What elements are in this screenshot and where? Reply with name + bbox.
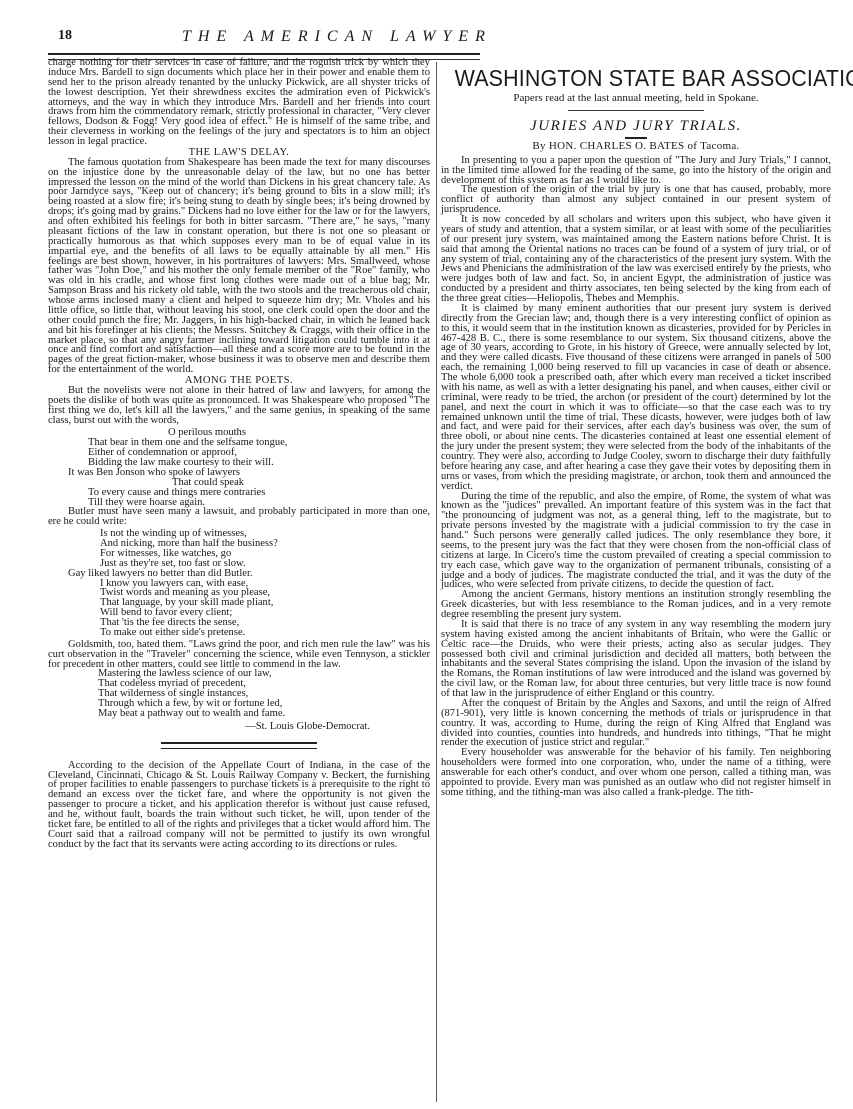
jonson-verse: That could speak To every cause and thin… <box>48 478 430 508</box>
verse-line: To make out either side's pretense. <box>48 628 430 638</box>
article-paragraph: After the conquest of Britain by the Ang… <box>441 699 831 748</box>
running-title: THE AMERICAN LAWYER <box>182 28 492 46</box>
page-header: 18 THE AMERICAN LAWYER <box>48 28 480 48</box>
masthead-subtitle: Papers read at the last annual meeting, … <box>441 94 831 104</box>
article-paragraph: It is claimed by many eminent authoritie… <box>441 304 831 492</box>
butler-verse: Is not the winding up of witnesses, And … <box>48 529 430 569</box>
laws-delay-paragraph: The famous quotation from Shakespeare ha… <box>48 158 430 375</box>
intro-paragraph: charge nothing for their services in cas… <box>48 58 430 147</box>
gay-verse: I know you lawyers can, with ease, Twist… <box>48 579 430 638</box>
article-title: JURIES AND JURY TRIALS. <box>441 117 831 135</box>
article-paragraph: In presenting to you a paper upon the qu… <box>441 156 831 186</box>
left-column: charge nothing for their services in cas… <box>48 58 430 850</box>
shakespeare-verse: O perilous mouths That bear in them one … <box>48 428 430 468</box>
poets-paragraph: But the novelists were not alone in thei… <box>48 386 430 426</box>
article-paragraph: It is now conceded by all scholars and w… <box>441 215 831 304</box>
byline: By HON. CHARLES O. BATES of Tacoma. <box>441 142 831 152</box>
butler-paragraph: Butler must have seen many a lawsuit, an… <box>48 507 430 527</box>
page-number: 18 <box>58 28 72 44</box>
article-paragraph: During the time of the republic, and als… <box>441 492 831 591</box>
tennyson-verse: Mastering the lawless science of our law… <box>48 669 430 718</box>
title-rule <box>625 137 647 139</box>
goldsmith-paragraph: Goldsmith, too, hated them. "Laws grind … <box>48 640 430 670</box>
article-paragraph: The question of the origin of the trial … <box>441 185 831 215</box>
right-column: WASHINGTON STATE BAR ASSOCIATION. Papers… <box>441 64 831 798</box>
column-divider <box>436 62 437 1102</box>
section-divider-rule <box>161 742 317 749</box>
article-paragraph: Among the ancient Germans, history menti… <box>441 590 831 620</box>
verse-line: May beat a pathway out to wealth and fam… <box>48 709 430 719</box>
article-paragraph: It is said that there is no trace of any… <box>441 620 831 699</box>
attribution: —St. Louis Globe-Democrat. <box>48 722 430 732</box>
masthead-rule <box>568 110 704 111</box>
article-paragraph: Every householder was answerable for the… <box>441 748 831 797</box>
masthead-title: WASHINGTON STATE BAR ASSOCIATION. <box>455 64 818 92</box>
news-item-paragraph: According to the decision of the Appella… <box>48 761 430 850</box>
